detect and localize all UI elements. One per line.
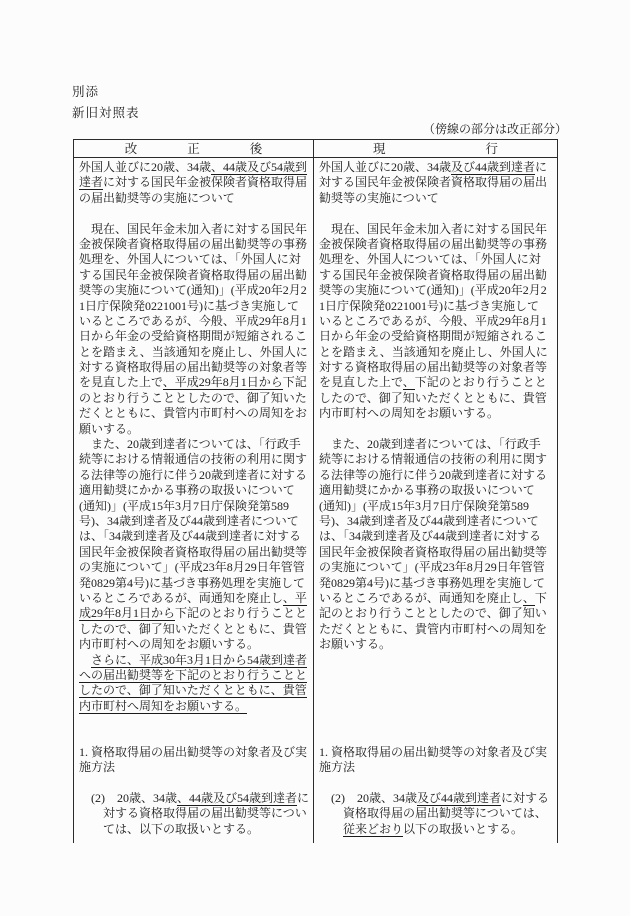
body-text: とを踏まえ、当該通知を廃止し、外国人に [319, 345, 548, 359]
text-line [79, 206, 309, 221]
text-line [79, 714, 309, 729]
text-line: ただくとともに、貴管内市町村への周知を [319, 622, 553, 637]
body-text: したので、御了知いただくとともに、貴管 [319, 391, 547, 405]
body-text: に [535, 160, 547, 174]
text-line: (2) 20歳、34歳及び44歳到達者に対する [319, 791, 553, 806]
body-text: ては、以下の取扱いとする。 [79, 822, 259, 836]
body-text: の実施について」(平成23年8月29日年管管 [79, 560, 305, 574]
text-line: 成29年8月1日から下記のとおり行うことと [79, 606, 309, 621]
body-text: 金被保険者資格取得届の届出勧奨等の事務 [79, 237, 307, 251]
page-title: 新旧対照表 [72, 103, 140, 121]
text-line: る法律等の施行に伴う20歳到達者に対する [319, 468, 553, 483]
text-line [319, 729, 553, 744]
text-line: の実施について」(平成23年8月29日年管管 [319, 560, 553, 575]
text-line: する国民年金被保険者資格取得届の届出勧 [79, 268, 309, 283]
text-line: 現在、国民年金未加入者に対する国民年 [79, 222, 309, 237]
text-line: (通知)」(平成15年3月7日庁保険発第589 [319, 499, 553, 514]
text-line: 1. 資格取得届の届出勧奨等の対象者及び実 [79, 745, 309, 760]
text-line: だくとともに、貴管内市町村への周知をお [79, 406, 309, 421]
document-page: 別添 新旧対照表 （傍線の部分は改正部分） 改 正 後 現 行 外国人並びに20… [0, 0, 630, 916]
text-line: 金被保険者資格取得届の届出勧奨等の事務 [79, 237, 309, 252]
body-text: 号)、34歳到達者及び44歳到達者について [319, 514, 539, 528]
text-line [319, 422, 553, 437]
body-text: 1日庁保険発0221001号)に基づき実施して [319, 299, 539, 313]
body-text: 1. 資格取得届の届出勧奨等の対象者及び実 [79, 745, 307, 759]
text-line: 対する資格取得届の届出勧奨等の対象者等 [319, 360, 553, 375]
text-line: は、「34歳到達者及び44歳到達者に対する [79, 529, 309, 544]
text-line: したので、御了知いただくとともに、貴管 [79, 622, 309, 637]
body-text: 1. 資格取得届の届出勧奨等の対象者及び実 [319, 745, 547, 759]
text-line: いるところであるが、今般、平成29年8月1 [79, 314, 309, 329]
text-line: 記のとおり行うこととしたので、御了知い [319, 606, 553, 621]
text-line: 対する資格取得届の届出勧奨等につい [79, 806, 309, 821]
text-line: 号)、34歳到達者及び44歳到達者について [319, 514, 553, 529]
body-text: 下記のとおり行うことと [175, 606, 307, 620]
text-line: 奨等の実施について(通知)」(平成20年2月2 [319, 283, 553, 298]
body-text: 処理を、外国人については、「外国人に対 [319, 252, 541, 266]
text-line: 勧奨等の実施について [319, 191, 553, 206]
body-text: 現在、国民年金未加入者に対する国民年 [319, 222, 547, 236]
text-line: 処理を、外国人については、「外国人に対 [319, 252, 553, 267]
text-line: 内市町村への周知をお願いする。 [79, 637, 309, 652]
body-text: 続等における情報通信の技術の利用に関す [319, 452, 547, 466]
body-text: 奨等の実施について(通知)」(平成20年2月2 [79, 283, 307, 297]
text-line: 適用勧奨にかかる事務の取扱いについて [79, 483, 309, 498]
body-text: いるところであるが、両通知を廃止し [319, 591, 523, 605]
text-line: 現在、国民年金未加入者に対する国民年 [319, 222, 553, 237]
column-header-current: 現 行 [314, 140, 557, 157]
body-text: 施方法 [319, 760, 355, 774]
text-line: 達者に対する国民年金被保険者資格取得届 [79, 175, 309, 190]
body-text: (2) 20歳、34歳 [79, 791, 177, 805]
body-text: (通知)」(平成15年3月7日庁保険発第589 [319, 499, 529, 513]
body-text: 発0829第4号)に基づき事務処理を実施して [319, 576, 545, 590]
revision-underlined-text: 及び44歳到達者 [451, 160, 535, 175]
text-line: とを踏まえ、当該通知を廃止し、外国人に [79, 345, 309, 360]
revision-underlined-text: への届出勧奨等を下記のとおり行うことと [79, 668, 307, 683]
text-line: する国民年金被保険者資格取得届の届出勧 [319, 268, 553, 283]
text-line: 内市町村へ周知をお願いする。 [79, 699, 309, 714]
text-line [79, 729, 309, 744]
text-line: 日から年金の受給資格期間が短縮されるこ [79, 329, 309, 344]
text-line: 従来どおり以下の取扱いとする。 [319, 822, 553, 837]
text-line: 願いする。 [79, 422, 309, 437]
text-line: ては、以下の取扱いとする。 [79, 822, 309, 837]
text-line: 金被保険者資格取得届の届出勧奨等の事務 [319, 237, 553, 252]
body-text: ただくとともに、貴管内市町村への周知を [319, 622, 547, 636]
body-text: の届出勧奨等の実施について [79, 191, 235, 205]
body-text: また、20歳到達者については、「行政手 [79, 437, 301, 451]
body-text: 内市町村への周知をお願いする。 [79, 637, 259, 651]
text-line: への届出勧奨等を下記のとおり行うことと [79, 668, 309, 683]
text-line [319, 653, 553, 668]
body-text: 資格取得届の届出勧奨等については、 [319, 806, 547, 820]
revision-underlined-text: 内市町村へ周知をお願いする。 [79, 699, 247, 714]
body-text: いるところであるが、今般、平成29年8月1 [319, 314, 547, 328]
body-text: 下 [535, 591, 547, 605]
body-text: 対する資格取得届の届出勧奨等の対象者等 [319, 360, 547, 374]
revised-column-body: 外国人並びに20歳、34歳、44歳及び54歳到達者に対する国民年金被保険者資格取… [74, 158, 314, 843]
text-line: とを踏まえ、当該通知を廃止し、外国人に [319, 345, 553, 360]
text-line [79, 776, 309, 791]
body-text: 適用勧奨にかかる事務の取扱いについて [319, 483, 535, 497]
revision-underlined-text: 、44歳及び54歳到達者 [177, 791, 297, 806]
text-line: お願いする。 [319, 637, 553, 652]
text-line: 外国人並びに20歳、34歳、44歳及び54歳到 [79, 160, 309, 175]
text-line: 奨等の実施について(通知)」(平成20年2月2 [79, 283, 309, 298]
column-header-revised: 改 正 後 [74, 140, 314, 157]
text-line: 国民年金被保険者資格取得届の届出勧奨等 [79, 545, 309, 560]
body-text: のとおり行うこととしたので、御了知いた [79, 391, 307, 405]
body-text: に対する国民年金被保険者資格取得届 [103, 175, 307, 189]
body-text: 適用勧奨にかかる事務の取扱いについて [79, 483, 295, 497]
body-text: を見直した上で [79, 375, 163, 389]
body-text: また、20歳到達者については、「行政手 [319, 437, 541, 451]
body-text: 金被保険者資格取得届の届出勧奨等の事務 [319, 237, 547, 251]
text-line [319, 683, 553, 698]
revision-underlined-text: 成29年8月1日から [79, 606, 175, 621]
text-line: さらに、平成30年3月1日から54歳到達者 [79, 653, 309, 668]
body-text: だくとともに、貴管内市町村への周知をお [79, 406, 307, 420]
revision-note: （傍線の部分は改正部分） [423, 120, 567, 137]
body-text: 外国人並びに20歳、34歳 [79, 160, 211, 174]
text-line: いるところであるが、今般、平成29年8月1 [319, 314, 553, 329]
body-text: 施方法 [79, 760, 115, 774]
body-text: 対する資格取得届の届出勧奨等の対象者等 [79, 360, 307, 374]
body-text: 発0829第4号)に基づき事務処理を実施して [79, 576, 305, 590]
text-line: したので、御了知いただくとともに、貴管 [319, 391, 553, 406]
text-line: 続等における情報通信の技術の利用に関す [319, 452, 553, 467]
body-text: 1日庁保険発0221001号)に基づき実施して [79, 299, 299, 313]
text-line [319, 776, 553, 791]
body-text: (2) 20歳、34歳 [319, 791, 417, 805]
text-line: 処理を、外国人については、「外国人に対 [79, 252, 309, 267]
text-line: 1. 資格取得届の届出勧奨等の対象者及び実 [319, 745, 553, 760]
text-line: 発0829第4号)に基づき事務処理を実施して [79, 576, 309, 591]
revision-underlined-text: 、44歳及び54歳到 [211, 160, 307, 175]
body-text: に [297, 791, 309, 805]
revision-underlined-text: 、 [523, 591, 535, 606]
revision-underlined-text: 従来どおり [343, 822, 403, 837]
revision-underlined-text: 達者 [79, 175, 103, 190]
attachment-label: 別添 [72, 82, 99, 100]
text-line: る法律等の施行に伴う20歳到達者に対する [79, 468, 309, 483]
text-line: 内市町村への周知をお願いする。 [319, 406, 553, 421]
body-text: する国民年金被保険者資格取得届の届出勧 [79, 268, 307, 282]
body-text: 奨等の実施について(通知)」(平成20年2月2 [319, 283, 547, 297]
text-line: を見直した上で、平成29年8月1日から下記 [79, 375, 309, 390]
revision-underlined-text: 、平 [283, 591, 307, 606]
body-text: 外国人並びに20歳、34歳 [319, 160, 451, 174]
body-text: いるところであるが、両通知を廃止し [79, 591, 283, 605]
text-line: 1日庁保険発0221001号)に基づき実施して [79, 299, 309, 314]
text-line: のとおり行うこととしたので、御了知いた [79, 391, 309, 406]
text-line: 対する資格取得届の届出勧奨等の対象者等 [79, 360, 309, 375]
text-line: の実施について」(平成23年8月29日年管管 [79, 560, 309, 575]
body-text: 記のとおり行うこととしたので、御了知い [319, 606, 547, 620]
body-text: 以下の取扱いとする。 [403, 822, 523, 836]
text-line: (通知)」(平成15年3月7日庁保険発第589 [79, 499, 309, 514]
table-body-row: 外国人並びに20歳、34歳、44歳及び54歳到達者に対する国民年金被保険者資格取… [74, 158, 557, 843]
body-text: る法律等の施行に伴う20歳到達者に対する [79, 468, 307, 482]
body-text: を見直した上で [319, 375, 403, 389]
body-text: 勧奨等の実施について [319, 191, 439, 205]
text-line: 適用勧奨にかかる事務の取扱いについて [319, 483, 553, 498]
text-line: 施方法 [79, 760, 309, 775]
body-text: 処理を、外国人については、「外国人に対 [79, 252, 301, 266]
text-line: いるところであるが、両通知を廃止し、平 [79, 591, 309, 606]
body-text: 下記 [283, 375, 307, 389]
body-text: お願いする。 [319, 637, 391, 651]
text-line: 続等における情報通信の技術の利用に関す [79, 452, 309, 467]
text-line: 国民年金被保険者資格取得届の届出勧奨等 [319, 545, 553, 560]
table-header-row: 改 正 後 現 行 [74, 140, 557, 158]
body-text: 国民年金被保険者資格取得届の届出勧奨等 [79, 545, 307, 559]
revision-underlined-text: 、 [403, 375, 415, 390]
body-text: に対する [501, 791, 549, 805]
text-line: 施方法 [319, 760, 553, 775]
body-text: 日から年金の受給資格期間が短縮されるこ [319, 329, 547, 343]
body-text: 国民年金被保険者資格取得届の届出勧奨等 [319, 545, 547, 559]
text-line: いるところであるが、両通知を廃止し、下 [319, 591, 553, 606]
body-text: る法律等の施行に伴う20歳到達者に対する [319, 468, 547, 482]
text-line: 外国人並びに20歳、34歳及び44歳到達者に [319, 160, 553, 175]
text-line: (2) 20歳、34歳、44歳及び54歳到達者に [79, 791, 309, 806]
text-line [319, 668, 553, 683]
body-text: (通知)」(平成15年3月7日庁保険発第589 [79, 499, 289, 513]
revision-underlined-text: 、平成29年8月1日から [163, 375, 283, 390]
text-line [319, 714, 553, 729]
text-line: 資格取得届の届出勧奨等については、 [319, 806, 553, 821]
text-line: を見直した上で、下記のとおり行うことと [319, 375, 553, 390]
body-text: とを踏まえ、当該通知を廃止し、外国人に [79, 345, 308, 359]
body-text: 願いする。 [79, 422, 139, 436]
text-line: は、「34歳到達者及び44歳到達者に対する [319, 529, 553, 544]
revision-underlined-text: したので、御了知いただくとともに、貴管 [79, 683, 307, 698]
body-text: は、「34歳到達者及び44歳到達者に対する [79, 529, 301, 543]
body-text: の実施について」(平成23年8月29日年管管 [319, 560, 545, 574]
text-line: したので、御了知いただくとともに、貴管 [79, 683, 309, 698]
text-line [319, 699, 553, 714]
text-line: の届出勧奨等の実施について [79, 191, 309, 206]
revision-underlined-text: 及び44歳到達者 [417, 791, 501, 806]
comparison-table: 改 正 後 現 行 外国人並びに20歳、34歳、44歳及び54歳到達者に対する国… [73, 139, 558, 843]
body-text: 日から年金の受給資格期間が短縮されるこ [79, 329, 307, 343]
text-line: 対する国民年金被保険者資格取得届の届出 [319, 175, 553, 190]
body-text: 下記のとおり行うことと [415, 375, 547, 389]
text-line: 号)、34歳到達者及び44歳到達者について [79, 514, 309, 529]
body-text: は、「34歳到達者及び44歳到達者に対する [319, 529, 541, 543]
text-line: 日から年金の受給資格期間が短縮されるこ [319, 329, 553, 344]
body-text: 現在、国民年金未加入者に対する国民年 [79, 222, 307, 236]
body-text: 続等における情報通信の技術の利用に関す [79, 452, 307, 466]
body-text: いるところであるが、今般、平成29年8月1 [79, 314, 307, 328]
current-column-body: 外国人並びに20歳、34歳及び44歳到達者に対する国民年金被保険者資格取得届の届… [314, 158, 557, 843]
text-line: 発0829第4号)に基づき事務処理を実施して [319, 576, 553, 591]
body-text: 対する資格取得届の届出勧奨等につい [79, 806, 307, 820]
body-text: 対する国民年金被保険者資格取得届の届出 [319, 175, 547, 189]
text-line: また、20歳到達者については、「行政手 [79, 437, 309, 452]
body-text: する国民年金被保険者資格取得届の届出勧 [319, 268, 547, 282]
text-line [319, 206, 553, 221]
text-line: また、20歳到達者については、「行政手 [319, 437, 553, 452]
body-text: したので、御了知いただくとともに、貴管 [79, 622, 307, 636]
body-text [319, 822, 343, 836]
body-text [79, 653, 91, 667]
body-text: 号)、34歳到達者及び44歳到達者について [79, 514, 299, 528]
text-line: 1日庁保険発0221001号)に基づき実施して [319, 299, 553, 314]
body-text: 内市町村への周知をお願いする。 [319, 406, 499, 420]
revision-underlined-text: さらに、平成30年3月1日から54歳到達者 [91, 653, 307, 668]
